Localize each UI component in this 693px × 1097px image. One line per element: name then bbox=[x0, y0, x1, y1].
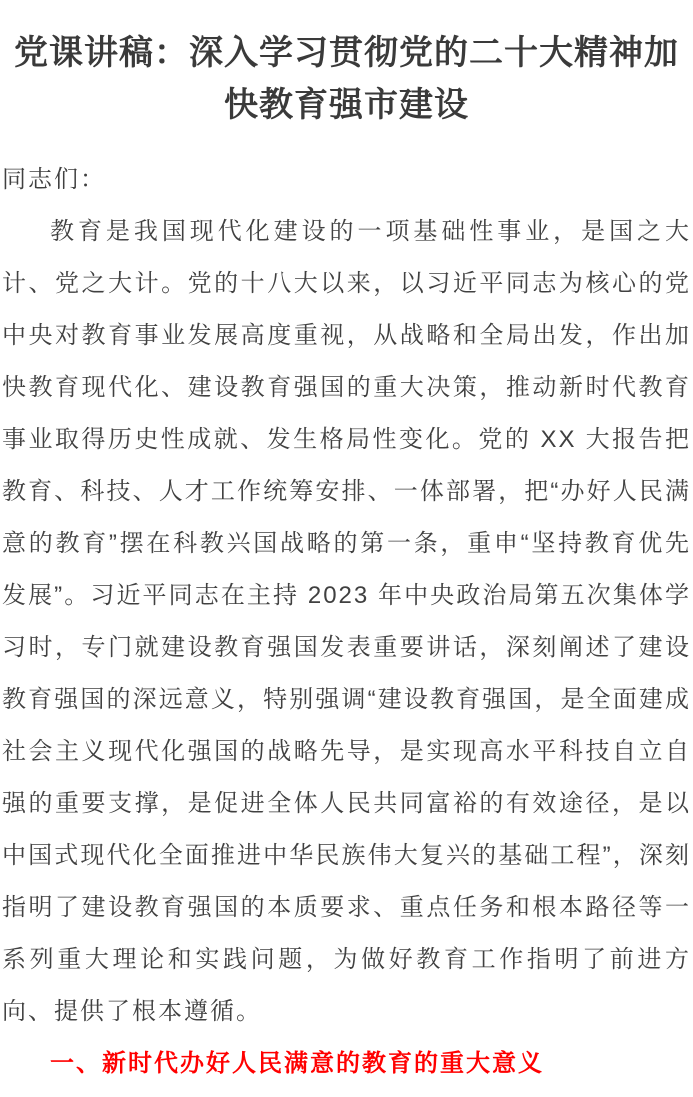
article-title: 党课讲稿：深入学习贯彻党的二十大精神加快教育强市建设 bbox=[2, 27, 691, 131]
salutation-line: 同志们： bbox=[2, 154, 691, 206]
section-heading-1: 一、新时代办好人民满意的教育的重大意义 bbox=[2, 1038, 691, 1090]
intro-paragraph: 教育是我国现代化建设的一项基础性事业，是国之大计、党之大计。党的十八大以来，以习… bbox=[2, 206, 691, 1038]
article-page: 党课讲稿：深入学习贯彻党的二十大精神加快教育强市建设 同志们： 教育是我国现代化… bbox=[0, 0, 693, 1097]
